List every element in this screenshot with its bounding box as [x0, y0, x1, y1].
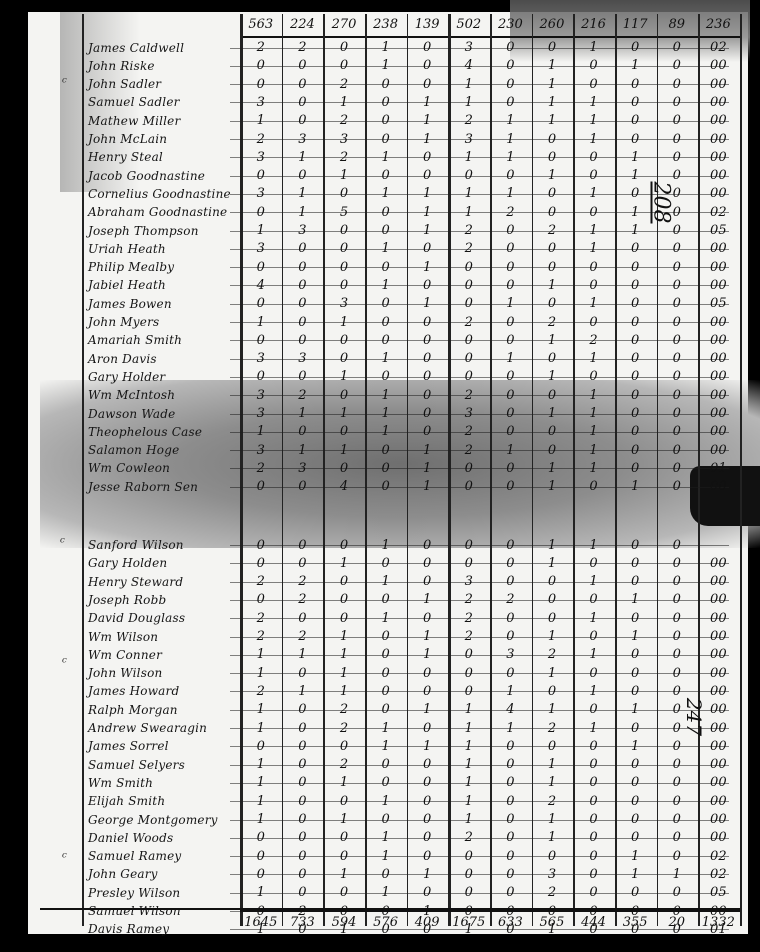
- tally-value: 0: [240, 296, 282, 311]
- tally-value: 1: [282, 684, 324, 699]
- tally-value: 1: [365, 885, 407, 900]
- tally-value: 0: [656, 479, 698, 494]
- tally-value: 0: [323, 794, 365, 809]
- tally-value: 1: [531, 666, 573, 681]
- tally-value: 1: [573, 40, 615, 55]
- tally-cells: 2300100110001: [240, 461, 739, 476]
- tally-value: 1: [573, 424, 615, 439]
- tally-value: [698, 538, 740, 553]
- tally-value: 0: [531, 150, 573, 165]
- tally-value: 0: [531, 260, 573, 275]
- tally-value: 0: [656, 315, 698, 330]
- tally-value: 0: [614, 388, 656, 403]
- tally-value: 1: [573, 574, 615, 589]
- tally-value: 1: [614, 150, 656, 165]
- tally-value: 00: [698, 647, 740, 662]
- tally-value: 1: [240, 113, 282, 128]
- tally-value: 1: [240, 666, 282, 681]
- tally-value: 3: [448, 406, 490, 421]
- tally-value: 0: [282, 77, 324, 92]
- tally-value: 0: [573, 849, 615, 864]
- tally-value: 0: [282, 867, 324, 882]
- tally-value: 0: [282, 168, 324, 183]
- tally-value: 1: [448, 775, 490, 790]
- tally-value: 0: [656, 556, 698, 571]
- tally-value: 1: [573, 241, 615, 256]
- tally-value: 2: [448, 611, 490, 626]
- household-name: Salamon Hoge: [82, 443, 240, 457]
- tally-value: 0: [614, 241, 656, 256]
- tally-cells: 4001000100000: [240, 278, 739, 293]
- tally-value: 00: [698, 830, 740, 845]
- tally-value: 0: [573, 260, 615, 275]
- tally-value: 1: [406, 904, 448, 919]
- tally-value: 0: [240, 592, 282, 607]
- tally-cells: 0010100301102: [240, 867, 739, 882]
- tally-value: 2: [573, 333, 615, 348]
- tally-value: 0: [282, 849, 324, 864]
- tally-value: 0: [656, 775, 698, 790]
- tally-value: 0: [365, 77, 407, 92]
- tally-value: 0: [282, 922, 324, 937]
- tally-value: 1: [614, 168, 656, 183]
- tally-value: 0: [406, 830, 448, 845]
- tally-value: 0: [573, 58, 615, 73]
- tally-value: 0: [323, 885, 365, 900]
- tally-value: 1: [365, 830, 407, 845]
- household-name: Jabiel Heath: [82, 278, 240, 292]
- tally-value: 1: [531, 479, 573, 494]
- tally-value: 00: [698, 775, 740, 790]
- tally-value: 2: [240, 684, 282, 699]
- tally-value: 0: [406, 424, 448, 439]
- tally-value: 1: [240, 647, 282, 662]
- tally-value: 0: [240, 479, 282, 494]
- tally-value: 2: [323, 113, 365, 128]
- tally-cells: 0150112001002: [240, 205, 739, 220]
- tally-value: 1: [365, 794, 407, 809]
- tally-value: 0: [240, 904, 282, 919]
- tally-cells: 0200122001000: [240, 592, 739, 607]
- tally-value: 0: [240, 369, 282, 384]
- tally-value: 2: [282, 388, 324, 403]
- tally-cells: 00010001100: [240, 538, 739, 553]
- tally-value: 0: [406, 849, 448, 864]
- column-header: 224: [282, 14, 324, 36]
- tally-value: 00: [698, 369, 740, 384]
- tally-value: 1: [240, 812, 282, 827]
- tally-value: 0: [490, 40, 532, 55]
- tally-value: 0: [448, 461, 490, 476]
- tally-cells: 3010110110000: [240, 95, 739, 110]
- tally-value: 0: [573, 150, 615, 165]
- tally-value: 0: [656, 904, 698, 919]
- tally-value: 0: [490, 333, 532, 348]
- tally-value: 1: [365, 611, 407, 626]
- tally-value: 0: [531, 424, 573, 439]
- tally-cells: 1010020200000: [240, 315, 739, 330]
- tally-value: 0: [448, 538, 490, 553]
- tally-value: 0: [240, 260, 282, 275]
- tally-value: 0: [406, 885, 448, 900]
- household-name: Uriah Heath: [82, 242, 240, 256]
- tally-value: 0: [323, 611, 365, 626]
- household-name: Mathew Miller: [82, 114, 240, 128]
- tally-value: 2: [323, 150, 365, 165]
- tally-value: 0: [365, 296, 407, 311]
- tally-value: 0: [323, 904, 365, 919]
- tally-value: 1: [531, 95, 573, 110]
- tally-value: 0: [656, 369, 698, 384]
- tally-value: 1: [614, 58, 656, 73]
- tally-value: 0: [490, 278, 532, 293]
- household-name: Ralph Morgan: [82, 703, 240, 717]
- tally-value: 1: [448, 77, 490, 92]
- tally-value: 0: [365, 922, 407, 937]
- household-name: Amariah Smith: [82, 333, 240, 347]
- tally-value: 1: [365, 739, 407, 754]
- tally-value: 00: [698, 443, 740, 458]
- tally-value: 0: [406, 812, 448, 827]
- tally-value: 2: [448, 424, 490, 439]
- tally-cells: 1110103210000: [240, 647, 739, 662]
- tally-value: 4: [323, 479, 365, 494]
- tally-value: 0: [614, 721, 656, 736]
- tally-value: 0: [490, 849, 532, 864]
- household-name: Wm Wilson: [82, 630, 240, 644]
- tally-value: 0: [573, 168, 615, 183]
- tally-value: 0: [282, 113, 324, 128]
- tally-value: 0: [282, 739, 324, 754]
- tally-value: 1: [406, 113, 448, 128]
- tally-value: 0: [573, 922, 615, 937]
- household-name: James Bowen: [82, 297, 240, 311]
- tally-value: 0: [490, 538, 532, 553]
- tally-value: 1: [406, 479, 448, 494]
- tally-value: 0: [614, 95, 656, 110]
- tally-value: 0: [448, 333, 490, 348]
- tally-value: 02: [698, 849, 740, 864]
- tally-value: 0: [282, 702, 324, 717]
- household-name: Andrew Swearagin: [82, 721, 240, 735]
- tally-value: 1: [406, 592, 448, 607]
- household-name: Samuel Wilson: [82, 904, 240, 918]
- tally-value: 0: [365, 867, 407, 882]
- tally-value: 1: [323, 406, 365, 421]
- tally-value: 0: [656, 757, 698, 772]
- tally-value: 00: [698, 592, 740, 607]
- tally-value: 0: [282, 794, 324, 809]
- tally-value: 0: [406, 775, 448, 790]
- tally-value: 0: [365, 168, 407, 183]
- tally-value: 1: [614, 702, 656, 717]
- tally-value: 0: [448, 278, 490, 293]
- household-name: Daniel Woods: [82, 831, 240, 845]
- household-name: Aron Davis: [82, 352, 240, 366]
- tally-value: 00: [698, 556, 740, 571]
- tally-value: 0: [490, 241, 532, 256]
- tally-value: 0: [531, 351, 573, 366]
- tally-value: 05: [698, 223, 740, 238]
- tally-value: 1: [573, 406, 615, 421]
- tally-value: 1: [406, 629, 448, 644]
- household-name: Sanford Wilson: [82, 538, 240, 552]
- tally-value: 3: [282, 351, 324, 366]
- tally-value: 0: [282, 424, 324, 439]
- tally-value: 1: [406, 296, 448, 311]
- tally-value: 1: [448, 150, 490, 165]
- tally-value: 0: [448, 168, 490, 183]
- tally-value: 1: [531, 629, 573, 644]
- tally-value: 3: [240, 388, 282, 403]
- tally-value: 02: [698, 40, 740, 55]
- tally-cells: 3110121010000: [240, 443, 739, 458]
- tally-value: 1: [573, 443, 615, 458]
- tally-cells: 1020010100000: [240, 757, 739, 772]
- tally-value: 00: [698, 424, 740, 439]
- tally-value: 00: [698, 794, 740, 809]
- tally-value: 1: [614, 629, 656, 644]
- tally-value: 0: [490, 885, 532, 900]
- tally-value: 0: [282, 369, 324, 384]
- tally-value: 1: [365, 40, 407, 55]
- tally-value: 0: [573, 479, 615, 494]
- tally-value: 4: [448, 58, 490, 73]
- tally-value: 0: [490, 461, 532, 476]
- tally-value: 0: [448, 684, 490, 699]
- tally-value: 1: [323, 812, 365, 827]
- tally-value: 0: [656, 812, 698, 827]
- tally-value: 0: [656, 424, 698, 439]
- tally-value: 2: [448, 629, 490, 644]
- tally-value: 1: [531, 77, 573, 92]
- tally-value: 3: [323, 296, 365, 311]
- household-name: Wm Cowleon: [82, 461, 240, 475]
- tally-value: 0: [490, 922, 532, 937]
- tally-value: 0: [323, 260, 365, 275]
- tally-cells: 0030101010005: [240, 296, 739, 311]
- column-header: 502: [448, 14, 490, 36]
- tally-value: 0: [282, 721, 324, 736]
- tally-value: 2: [490, 592, 532, 607]
- tally-value: 1: [365, 186, 407, 201]
- tally-value: 0: [656, 150, 698, 165]
- tally-value: 0: [531, 904, 573, 919]
- household-name: Joseph Robb: [82, 593, 240, 607]
- tally-value: 1: [531, 168, 573, 183]
- column-header: 230: [490, 14, 532, 36]
- household-name: Wm Conner: [82, 648, 240, 662]
- tally-value: 0: [365, 702, 407, 717]
- tally-value: 0: [365, 260, 407, 275]
- tally-value: 0: [490, 904, 532, 919]
- tally-value: 0: [656, 40, 698, 55]
- tally-value: 0: [240, 830, 282, 845]
- tally-value: 1: [614, 867, 656, 882]
- tally-value: 0: [240, 77, 282, 92]
- tally-value: 0: [614, 666, 656, 681]
- tally-cells: 1021011210000: [240, 721, 739, 736]
- tally-value: 0: [573, 592, 615, 607]
- tally-value: 3: [240, 351, 282, 366]
- tally-value: 0: [323, 538, 365, 553]
- household-name: John Myers: [82, 315, 240, 329]
- tally-value: 0: [531, 592, 573, 607]
- tally-value: 0: [490, 775, 532, 790]
- tally-value: 1: [490, 684, 532, 699]
- tally-value: 1: [365, 351, 407, 366]
- tally-value: 1: [240, 315, 282, 330]
- tally-cells: 3301001010000: [240, 351, 739, 366]
- tally-value: 1: [365, 388, 407, 403]
- tally-value: 00: [698, 684, 740, 699]
- tally-value: 00: [698, 241, 740, 256]
- tally-value: 1: [531, 58, 573, 73]
- tally-value: 0: [448, 647, 490, 662]
- tally-value: 0: [614, 77, 656, 92]
- tally-value: 2: [323, 702, 365, 717]
- tally-value: 0: [490, 260, 532, 275]
- tally-value: 0: [531, 388, 573, 403]
- tally-value: 0: [282, 830, 324, 845]
- tally-value: 0: [282, 58, 324, 73]
- tally-cells: 2110001010000: [240, 684, 739, 699]
- tally-value: 0: [323, 241, 365, 256]
- tally-cells: 3101111010000: [240, 186, 739, 201]
- tally-value: 0: [614, 830, 656, 845]
- tally-value: 0: [406, 721, 448, 736]
- tally-value: 3: [240, 443, 282, 458]
- tally-value: 0: [656, 223, 698, 238]
- household-name: John Sadler: [82, 77, 240, 91]
- tally-value: 3: [448, 40, 490, 55]
- tally-value: 0: [656, 794, 698, 809]
- tally-value: 0: [365, 205, 407, 220]
- tally-value: 2: [240, 629, 282, 644]
- tally-value: 0: [490, 388, 532, 403]
- tally-value: 1: [531, 278, 573, 293]
- household-name: John Riske: [82, 59, 240, 73]
- tally-value: 2: [448, 830, 490, 845]
- household-name: Samuel Ramey: [82, 849, 240, 863]
- tally-value: 00: [698, 260, 740, 275]
- tally-value: 05: [698, 885, 740, 900]
- tally-value: 1: [406, 867, 448, 882]
- tally-value: 0: [323, 574, 365, 589]
- tally-value: 0: [240, 849, 282, 864]
- tally-value: 3: [240, 186, 282, 201]
- tally-value: 1: [573, 538, 615, 553]
- tally-value: 0: [573, 278, 615, 293]
- tally-value: 2: [448, 113, 490, 128]
- margin-tick-mark: ᶜ: [62, 75, 67, 91]
- tally-value: 0: [614, 40, 656, 55]
- tally-value: 0: [406, 794, 448, 809]
- tally-value: 3: [240, 150, 282, 165]
- tally-value: 0: [240, 333, 282, 348]
- tally-value: 0: [448, 260, 490, 275]
- tally-value: 0: [614, 775, 656, 790]
- tally-cells: 1010010100000: [240, 812, 739, 827]
- tally-value: 1: [406, 461, 448, 476]
- household-name: Theophelous Case: [82, 425, 240, 439]
- tally-value: 00: [698, 757, 740, 772]
- tally-value: 4: [490, 702, 532, 717]
- tally-value: 0: [656, 443, 698, 458]
- tally-value: 0: [406, 40, 448, 55]
- column-header: 238: [365, 14, 407, 36]
- tally-cells: 2201030010002: [240, 40, 739, 55]
- tally-value: 1: [323, 556, 365, 571]
- tally-value: 0: [573, 315, 615, 330]
- tally-cells: 0001020100000: [240, 830, 739, 845]
- tally-value: 2: [448, 241, 490, 256]
- tally-value: 0: [656, 611, 698, 626]
- tally-value: 1: [365, 406, 407, 421]
- tally-value: 0: [406, 150, 448, 165]
- tally-value: 0: [490, 424, 532, 439]
- tally-value: 1: [531, 333, 573, 348]
- tally-value: 0: [573, 867, 615, 882]
- column-header: 563: [240, 14, 282, 36]
- tally-value: 3: [282, 132, 324, 147]
- tally-value: 0: [573, 757, 615, 772]
- tally-value: 2: [282, 629, 324, 644]
- tally-value: 0: [656, 113, 698, 128]
- tally-value: 2: [531, 647, 573, 662]
- tally-value: 0: [531, 443, 573, 458]
- tally-value: 0: [531, 186, 573, 201]
- tally-value: 2: [531, 721, 573, 736]
- tally-cells: 0010000101000: [240, 168, 739, 183]
- household-name: Samuel Selyers: [82, 758, 240, 772]
- tally-value: 0: [614, 922, 656, 937]
- tally-value: 00: [698, 77, 740, 92]
- tally-value: 00: [698, 388, 740, 403]
- tally-value: 0: [490, 812, 532, 827]
- tally-value: 0: [656, 538, 698, 553]
- household-name: Henry Steward: [82, 575, 240, 589]
- tally-value: 1: [573, 223, 615, 238]
- tally-value: 0: [531, 296, 573, 311]
- household-name: John Wilson: [82, 666, 240, 680]
- tally-value: 1: [406, 132, 448, 147]
- tally-value: 0: [573, 702, 615, 717]
- tally-value: 2: [323, 721, 365, 736]
- tally-value: 1: [323, 443, 365, 458]
- tally-value: 0: [656, 205, 698, 220]
- tally-cells: 1001010200000: [240, 794, 739, 809]
- tally-value: 1: [490, 296, 532, 311]
- tally-value: 00: [698, 721, 740, 736]
- tally-value: 1: [531, 369, 573, 384]
- tally-value: 2: [448, 315, 490, 330]
- tally-value: 0: [406, 241, 448, 256]
- tally-value: 0: [365, 684, 407, 699]
- tally-cells: 0040100101000: [240, 479, 739, 494]
- tally-value: 2: [282, 592, 324, 607]
- tally-value: 1: [282, 443, 324, 458]
- tally-value: 1: [531, 113, 573, 128]
- tally-value: 00: [698, 278, 740, 293]
- household-name: Abraham Goodnastine: [82, 205, 240, 219]
- tally-value: 1: [240, 757, 282, 772]
- margin-tick-mark: ᶜ: [62, 655, 67, 671]
- tally-value: 5: [323, 205, 365, 220]
- tally-value: 0: [614, 278, 656, 293]
- tally-value: 1: [323, 775, 365, 790]
- tally-value: 1: [573, 95, 615, 110]
